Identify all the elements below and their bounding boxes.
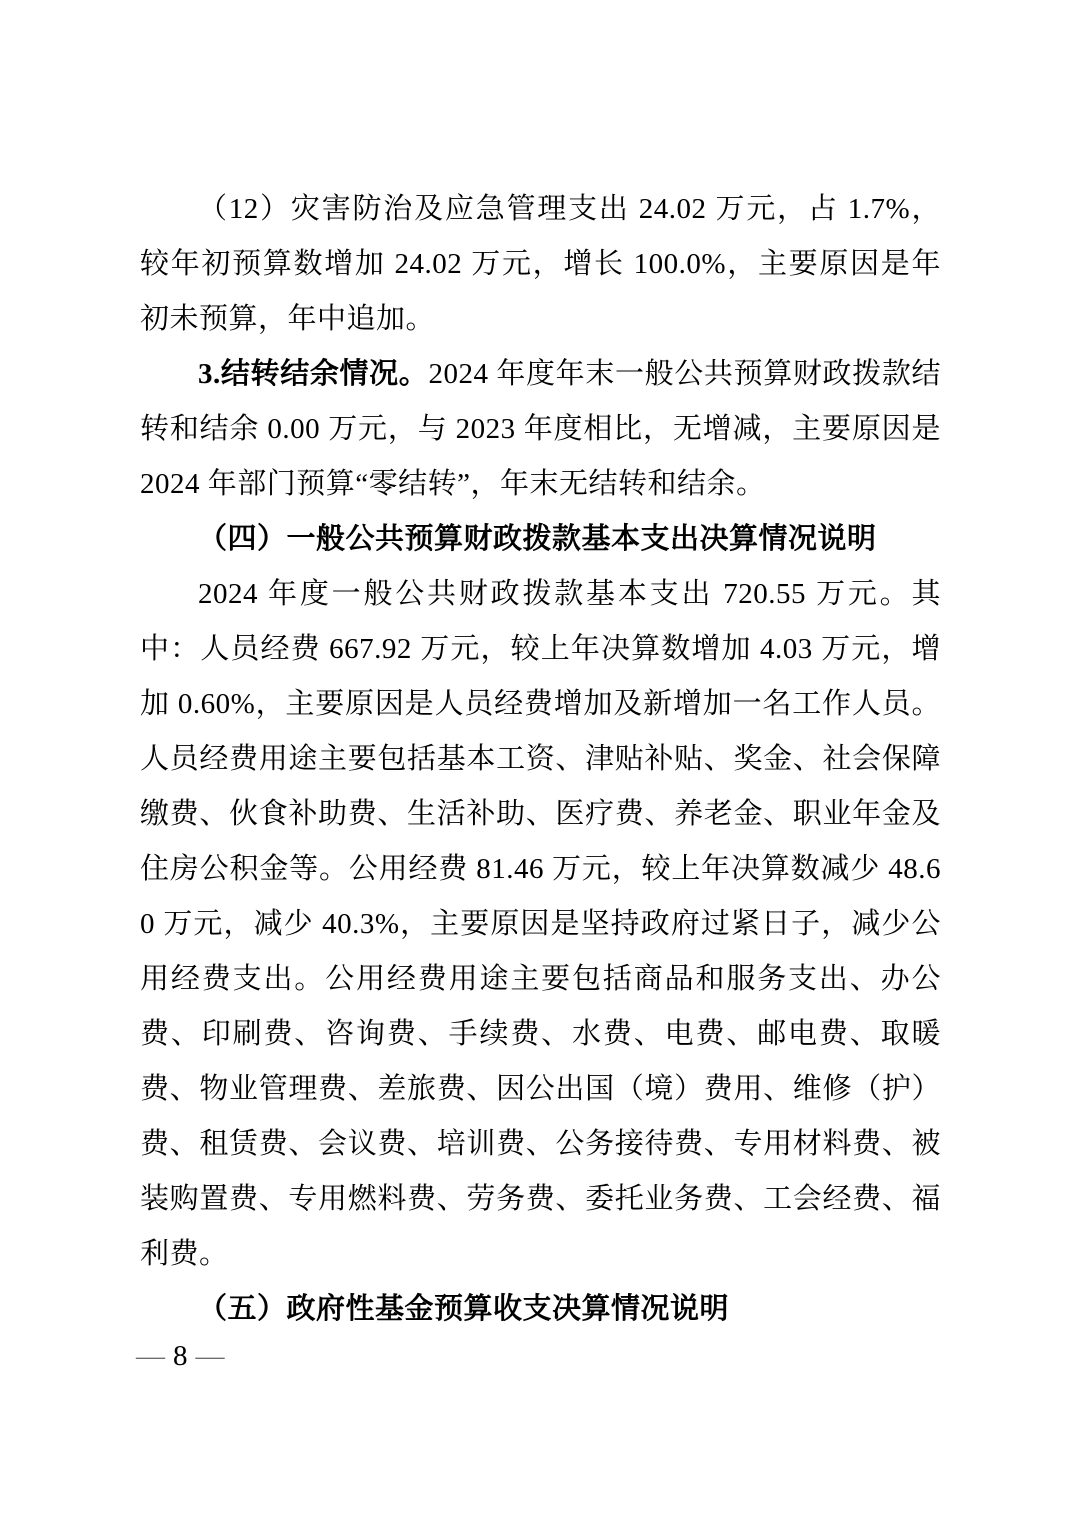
paragraph-basic-expenditure-detail: 2024 年度一般公共财政拨款基本支出 720.55 万元。其中：人员经费 66… <box>140 567 941 1282</box>
document-body: （12）灾害防治及应急管理支出 24.02 万元，占 1.7%，较年初预算数增加… <box>140 182 941 1337</box>
heading-section-5-government-fund: （五）政府性基金预算收支决算情况说明 <box>140 1282 941 1337</box>
page-number: 8 <box>167 1340 196 1372</box>
footer-dash-right: — <box>196 1340 227 1372</box>
paragraph-carryover-balance: 3.结转结余情况。2024 年度年末一般公共预算财政拨款结转和结余 0.00 万… <box>140 347 941 512</box>
heading-section-4-basic-expenditure: （四）一般公共预算财政拨款基本支出决算情况说明 <box>140 512 941 567</box>
footer-dash-left: — <box>136 1340 167 1372</box>
page-number-footer: —8— <box>136 1336 227 1376</box>
document-page: （12）灾害防治及应急管理支出 24.02 万元，占 1.7%，较年初预算数增加… <box>0 0 1074 1520</box>
paragraph-carryover-lead: 3.结转结余情况。 <box>198 358 428 390</box>
paragraph-disaster-management-expenditure: （12）灾害防治及应急管理支出 24.02 万元，占 1.7%，较年初预算数增加… <box>140 182 941 347</box>
